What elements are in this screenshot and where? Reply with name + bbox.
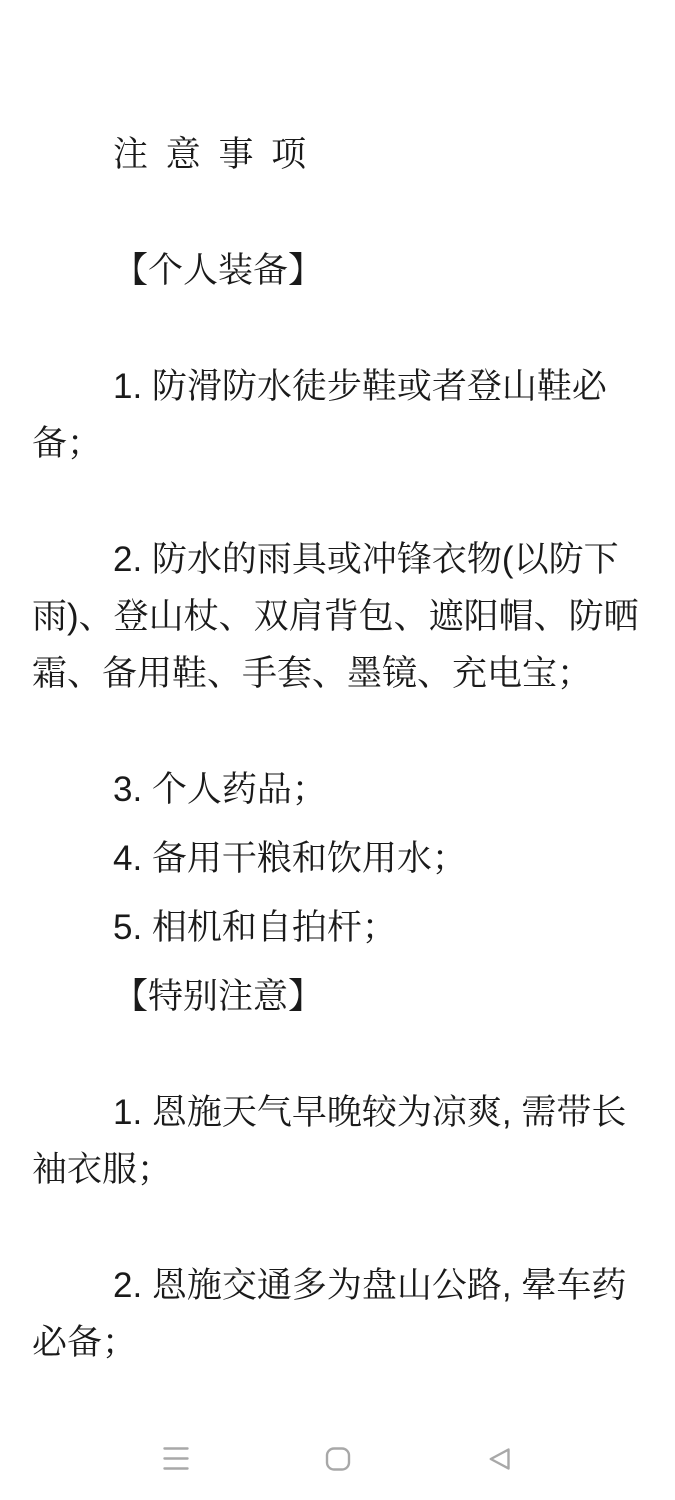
- section-header-special-notes: 【特别注意】: [32, 968, 655, 1025]
- gear-item-5: 5. 相机和自拍杆；: [32, 899, 655, 956]
- special-note-2: 2. 恩施交通多为盘山公路, 晕车药 必备；: [32, 1257, 655, 1371]
- gear-item-1: 1. 防滑防水徒步鞋或者登山鞋必 备；: [32, 358, 655, 472]
- section-header-text: 【特别注意】: [32, 968, 655, 1025]
- text-line: 1. 防滑防水徒步鞋或者登山鞋必: [32, 358, 655, 415]
- back-icon[interactable]: [487, 1446, 513, 1472]
- section-header-personal-gear: 【个人装备】: [32, 242, 655, 299]
- text-line: 5. 相机和自拍杆；: [32, 899, 655, 956]
- page-title: 注 意 事 项: [32, 126, 655, 183]
- text-line: 必备；: [32, 1314, 655, 1371]
- text-line: 3. 个人药品；: [32, 761, 655, 818]
- menu-icon[interactable]: [163, 1446, 189, 1472]
- section-header-text: 【个人装备】: [32, 242, 655, 299]
- text-line: 袖衣服；: [32, 1141, 655, 1198]
- text-line: 2. 防水的雨具或冲锋衣物(以防下: [32, 531, 655, 588]
- text-line: 雨)、登山杖、双肩背包、遮阳帽、防晒: [32, 588, 655, 645]
- home-icon[interactable]: [325, 1446, 351, 1472]
- text-line: 霜、备用鞋、手套、墨镜、充电宝；: [32, 645, 655, 702]
- text-line: 4. 备用干粮和饮用水；: [32, 830, 655, 887]
- document-body: 注 意 事 项 【个人装备】 1. 防滑防水徒步鞋或者登山鞋必 备； 2. 防水…: [0, 0, 675, 1371]
- gear-item-2: 2. 防水的雨具或冲锋衣物(以防下 雨)、登山杖、双肩背包、遮阳帽、防晒 霜、备…: [32, 531, 655, 702]
- system-navigation-bar: [0, 1417, 675, 1500]
- gear-item-3: 3. 个人药品；: [32, 761, 655, 818]
- special-note-1: 1. 恩施天气早晚较为凉爽, 需带长 袖衣服；: [32, 1084, 655, 1198]
- text-line: 备；: [32, 415, 655, 472]
- text-line: 2. 恩施交通多为盘山公路, 晕车药: [32, 1257, 655, 1314]
- text-line: 1. 恩施天气早晚较为凉爽, 需带长: [32, 1084, 655, 1141]
- gear-item-4: 4. 备用干粮和饮用水；: [32, 830, 655, 887]
